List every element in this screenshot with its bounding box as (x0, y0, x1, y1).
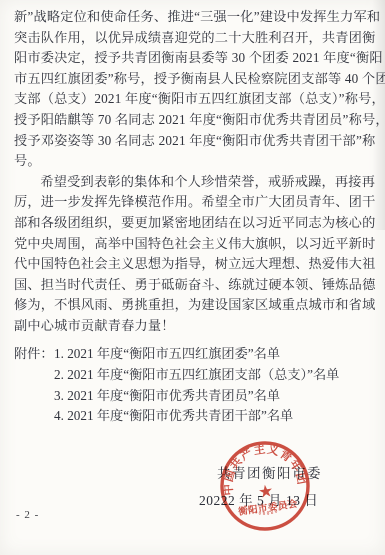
body-line: 支部（总支）2021 年度“衡阳市五四红旗团支部（总支）”称号， (14, 89, 372, 110)
body-line: 部和各级团组织，要更加紧密地团结在以习近平同志为核心的 (14, 213, 372, 234)
body-line: 授予邓姿姿等 30 名同志 2021 年度“衡阳市优秀共青团干部”称 (14, 131, 372, 152)
attachment-item: 4. 2021 年度“衡阳市优秀共青团干部”名单 (54, 406, 339, 427)
attachment-item: 1. 2021 年度“衡阳市五四红旗团委”名单 (54, 344, 339, 365)
attachments-label: 附件： (14, 344, 54, 365)
body-line: 市五四红旗团委”称号，授予衡南县人民检察院团支部等 40 个团 (14, 69, 372, 90)
body-line: 厉，进一步发挥先锋模范作用。希望全市广大团员青年、团干 (14, 192, 372, 213)
seal-star-icon: ★ (257, 481, 275, 502)
body-line: 国、担当时代责任、勇于砥砺奋斗、练就过硬本领、锤炼品德 (14, 275, 372, 296)
body-line: 号。 (14, 151, 372, 172)
attachments-block: 附件： 1. 2021 年度“衡阳市五四红旗团委”名单 2. 2021 年度“衡… (14, 344, 339, 427)
body-line: 授予阳皓麒等 70 名同志 2021 年度“衡阳市优秀共青团员”称号， (14, 110, 372, 131)
document-page: 新”战略定位和使命任务、推进“三强一化”建设中发挥生力军和 突击队作用，以优异成… (0, 0, 385, 555)
body-line: 希望受到表彰的集体和个人珍惜荣誉，戒骄戒躁，再接再 (14, 172, 372, 193)
body-line: 修为，不惧风雨、勇挑重担，为建设国家区域重点城市和省域 (14, 295, 372, 316)
page-number: - 2 - (16, 509, 39, 521)
official-seal: 中国共产主义青年团 ★ 衡阳市委员会 4304080804123 (203, 424, 327, 548)
body-line: 阳市委决定，授予共青团衡南县委等 30 个团委 2021 年度“衡阳 (14, 48, 372, 69)
attachment-item: 3. 2021 年度“衡阳市优秀共青团员”名单 (54, 386, 339, 407)
attachments-list: 1. 2021 年度“衡阳市五四红旗团委”名单 2. 2021 年度“衡阳市五四… (54, 344, 339, 427)
body-line: 突击队作用，以优异成绩喜迎党的二十大胜利召开，共青团衡 (14, 28, 372, 49)
body-line: 代中国特色社会主义思想为指导，树立远大理想、热爱伟大祖 (14, 254, 372, 275)
attachment-item: 2. 2021 年度“衡阳市五四红旗团支部（总支）”名单 (54, 365, 339, 386)
body-line: 新”战略定位和使命任务、推进“三强一化”建设中发挥生力军和 (14, 7, 372, 28)
body-line: 党中央周围，高举中国特色社会主义伟大旗帜，以习近平新时 (14, 234, 372, 255)
body-line: 副中心城市贡献青春力量！ (14, 316, 372, 337)
document-body: 新”战略定位和使命任务、推进“三强一化”建设中发挥生力军和 突击队作用，以优异成… (14, 7, 372, 337)
